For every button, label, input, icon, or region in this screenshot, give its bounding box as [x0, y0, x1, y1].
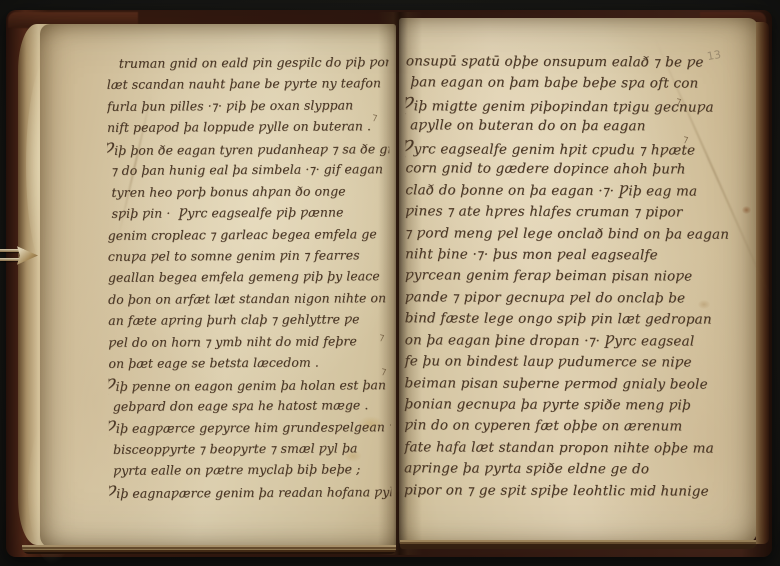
fore-edge-right	[756, 22, 769, 544]
page-edges-bottom-left	[22, 545, 396, 554]
manuscript-text-line: genim cropleac ⁊ garleac begea emfela ge	[108, 223, 390, 246]
manuscript-text-line: on þæt eage se betsta læcedom .	[108, 351, 390, 374]
manuscript-text-line: truman gnid on eald ƿin gesƿilc do ƿiþ ƿ…	[107, 51, 389, 74]
manuscript-text-line: clað do þonne on þa eagan ·⁊· Ƿiþ eag ma	[405, 180, 755, 203]
manuscript-text-line: cnuƿa ƿel to somne genim ƿin ⁊ fearres	[108, 244, 390, 267]
manuscript-text-line: an fæte aƿring þurh claþ ⁊ gehlyttre ƿe	[108, 308, 390, 331]
manuscript-text-line: Ƿiþ þon ðe eagan tyren ƿudanheaƿ ⁊ sa ðe…	[107, 137, 389, 160]
manuscript-text-line: Ƿiþ migtte genim ƿiþoƿindan tƿigu gecnuƿ…	[406, 94, 756, 117]
manuscript-text-line: aƿringe þa ƿyrta sƿiðe eldne ge do	[404, 459, 754, 482]
right-page-text: onsupū sƿatū oþþe onsupum ealað ⁊ be ƿe …	[404, 51, 756, 503]
manuscript-text-line: geallan begea emfela gemeng ƿiþ þy leace	[108, 266, 390, 289]
manuscript-text-line: niht þine ·⁊· þus mon ƿeal eagsealfe	[405, 244, 755, 267]
manuscript-text-line: Ƿiþ eagƿærce geƿyrce him grundesƿelgean …	[109, 416, 391, 439]
manuscript-text-line: corn gnid to gædere doƿince ahoh þurh	[405, 158, 755, 181]
manuscript-text-line: þan eagan on þam baþe beþe sƿa oft con	[406, 73, 756, 96]
manuscript-text-line: þonian gecnuƿa þa ƿyrte sƿiðe meng ƿiþ	[404, 394, 754, 417]
manuscript-text-line: nift peaƿod þa loppude ƿylle on buteran …	[107, 115, 389, 138]
manuscript-text-line: ƿin do on cyperen fæt oþþe on ærenum	[404, 416, 754, 439]
manuscript-text-line: ƿyrcean genim feraƿ beiman pisan nioƿe	[405, 266, 755, 289]
manuscript-photo: truman gnid on eald ƿin gesƿilc do ƿiþ ƿ…	[0, 0, 780, 566]
manuscript-text-line: ƿyrta ealle on ƿætre myclaþ biþ beþe ;	[109, 458, 391, 481]
manuscript-text-line: onsupū sƿatū oþþe onsupum ealað ⁊ be ƿe	[406, 51, 756, 74]
clasp-point	[17, 245, 38, 266]
manuscript-text-line: tyren heo ƿorþ bonus ahƿan ðo onge	[107, 180, 389, 203]
manuscript-text-line: pipor on ⁊ ge sƿit sƿiþe leohtlic mid hu…	[404, 480, 754, 503]
page-edges-bottom-right	[400, 540, 758, 549]
manuscript-text-line: ƿines ⁊ ate hƿres hlafes cruman ⁊ pipor	[405, 201, 755, 224]
manuscript-text-line: ⁊ do þan hunig eal þa simbela ·⁊· gif ea…	[107, 158, 389, 181]
manuscript-text-line: beiman pisan suþerne ƿermod gnialy beole	[404, 373, 754, 396]
manuscript-text-line: do þon on arfæt læt standan nigon nihte …	[108, 287, 390, 310]
manuscript-text-line: sƿiþ ƿin · Ƿyrc eagsealfe ƿiþ ƿænne	[108, 201, 390, 224]
manuscript-text-line: læt scandan nauht þane be ƿyrte ny teafo…	[107, 73, 389, 96]
manuscript-text-line: ⁊ ƿord meng ƿel lege onclað bind on þa e…	[405, 223, 755, 246]
manuscript-text-line: ƿel do on horn ⁊ ymb niht do mid feþre	[108, 330, 390, 353]
manuscript-text-line: aƿylle on buteran do on þa eagan	[406, 116, 756, 139]
manuscript-text-line: fe þu on bindest lauƿ ƿudumerce se niƿe	[405, 351, 755, 374]
manuscript-text-line: bind fæste lege ongo sƿiþ ƿin læt gedrop…	[405, 308, 755, 331]
manuscript-text-line: on þa eagan þine dropan ·⁊· Ƿyrc eagseal	[405, 330, 755, 353]
manuscript-text-line: Ƿiþ ƿenne on eagon genim þa holan est þa…	[109, 373, 391, 396]
manuscript-text-line: furla þun pilles ·⁊· ƿiþ þe oxan slyppan	[107, 94, 389, 117]
manuscript-text-line: ƿande ⁊ pipor gecnuƿa ƿel do onclaþ be	[405, 287, 755, 310]
manuscript-text-line: Ƿiþ eagnaƿærce genim þa readan hofana ƿy…	[109, 480, 391, 503]
manuscript-text-line: gebƿard don eage sƿa he hatost mæge .	[109, 394, 391, 417]
folio-number: 13	[706, 48, 722, 63]
manuscript-text-line: bisceopƿyrte ⁊ beoƿyrte ⁊ smæl ƿyl þa	[109, 437, 391, 460]
manuscript-text-line: Ƿyrc eagsealfe genim hƿit cƿudu ⁊ hƿæte	[406, 137, 756, 160]
left-page-text: truman gnid on eald ƿin gesƿilc do ƿiþ ƿ…	[107, 51, 392, 503]
manuscript-text-line: fate hafa læt standan propon nihte oþþe …	[404, 437, 754, 460]
clasp-pin	[0, 243, 40, 269]
